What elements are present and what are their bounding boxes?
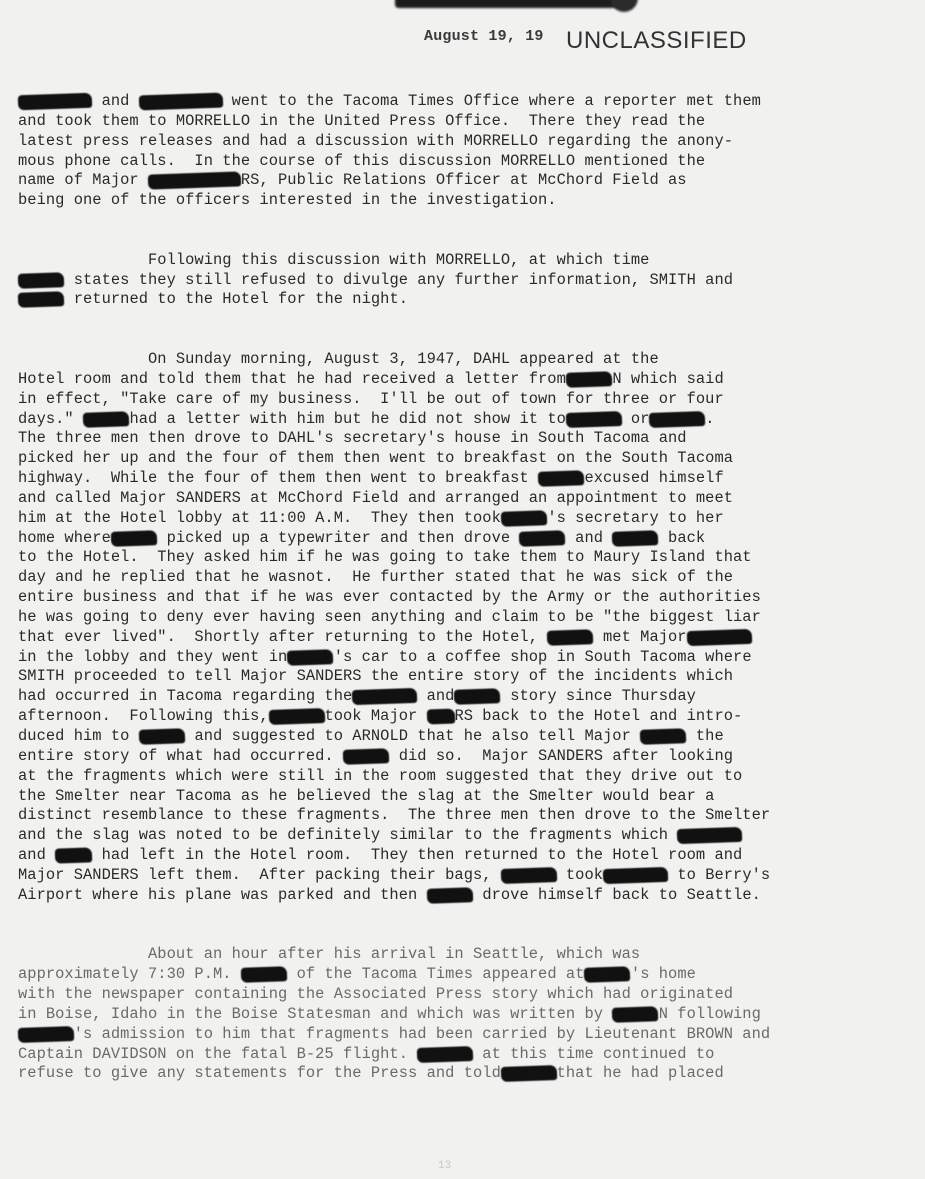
redaction-mark: XXXXXXX [686,629,751,646]
text-line: The three men then drove to DAHL's secre… [18,429,918,449]
text-line: days." XXXXXhad a letter with him but he… [18,410,918,430]
text-line: Captain DAVIDSON on the fatal B-25 fligh… [18,1045,918,1065]
redaction-mark: XXXXXXXX [18,93,93,111]
text-line: XXXXX returned to the Hotel for the nigh… [18,290,918,310]
text-line: in effect, "Take care of my business. I'… [18,390,918,410]
text-line: distinct resemblance to these fragments.… [18,806,918,826]
text-line: that ever lived". Shortly after returnin… [18,628,918,648]
redaction-mark: XXXXX [584,966,631,983]
document-body: XXXXXXXX and XXXXXXXXX went to the Tacom… [18,92,918,1084]
text-line: the Smelter near Tacoma as he believed t… [18,787,918,807]
redaction-mark: XXXXXXX [603,867,668,884]
text-line: day and he replied that he wasnot. He fu… [18,568,918,588]
text-line: and called Major SANDERS at McChord Fiel… [18,489,918,509]
text-line: Airport where his plane was parked and t… [18,886,918,906]
redaction-mark: XXXXXX [417,1046,473,1063]
redaction-mark: XXXXXXX [677,827,742,844]
text-line: On Sunday morning, August 3, 1947, DAHL … [18,350,918,370]
text-line: SMITH proceeded to tell Major SANDERS th… [18,667,918,687]
text-line: highway. While the four of them then wen… [18,469,918,489]
text-line: in Boise, Idaho in the Boise Statesman a… [18,1005,918,1025]
text-line: and took them to MORRELLO in the United … [18,112,918,132]
document-date: August 19, 19 [424,28,544,45]
redaction-mark: XXXXXX [566,411,622,428]
redaction-mark: XXXXXX [649,411,705,428]
redaction-mark: XXXXX [566,371,613,388]
paragraph: On Sunday morning, August 3, 1947, DAHL … [18,350,918,906]
text-line: About an hour after his arrival in Seatt… [18,945,918,965]
top-redaction-mark-tail [610,0,638,12]
redaction-mark: XXXXX [287,649,334,666]
text-line: entire business and that if he was ever … [18,588,918,608]
text-line: picked her up and the four of them then … [18,449,918,469]
redaction-mark: XXXXX [241,966,288,983]
text-line: refuse to give any statements for the Pr… [18,1064,918,1084]
text-line: XXXXX states they still refused to divul… [18,271,918,291]
redaction-mark: XXXXX [138,728,185,745]
redaction-mark: XXXXX [454,689,501,706]
redaction-mark: XXXXX [547,629,594,646]
redaction-mark: XXXXXXXXX [138,93,222,111]
redaction-mark: XXXXX [538,470,585,487]
redaction-mark: XXXXX [426,887,473,904]
text-line: name of Major XXXXXXXXXXRS, Public Relat… [18,171,918,191]
text-line: and XXXX had left in the Hotel room. The… [18,846,918,866]
paragraph: About an hour after his arrival in Seatt… [18,945,918,1084]
text-line: mous phone calls. In the course of this … [18,152,918,172]
paragraph-gap [18,906,918,946]
text-line: and the slag was noted to be definitely … [18,826,918,846]
text-line: he was going to deny ever having seen an… [18,608,918,628]
text-line: with the newspaper containing the Associ… [18,985,918,1005]
paragraph-gap [18,310,918,350]
redaction-mark: XXXXX [519,530,566,547]
top-redaction-mark [395,0,625,8]
text-line: in the lobby and they went inXXXXX's car… [18,648,918,668]
redaction-mark: XXXXX [612,1006,659,1023]
text-line: XXXXXXXX and XXXXXXXXX went to the Tacom… [18,92,918,112]
text-line: Following this discussion with MORRELLO,… [18,251,918,271]
redaction-mark: XXXXX [343,748,390,765]
redaction-mark: XXX [426,709,454,725]
redaction-mark: XXXXX [18,292,65,309]
paragraph-gap [18,211,918,251]
classification-stamp: UNCLASSIFIED [566,27,747,55]
redaction-mark: XXXXX [83,411,130,428]
text-line: afternoon. Following this,XXXXXXtook Maj… [18,707,918,727]
redaction-mark: XXXXX [18,272,65,289]
redaction-mark: XXXXXX [268,708,324,725]
text-line: to the Hotel. They asked him if he was g… [18,548,918,568]
text-line: home whereXXXXX picked up a typewriter a… [18,529,918,549]
text-line: Major SANDERS left them. After packing t… [18,866,918,886]
text-line: duced him to XXXXX and suggested to ARNO… [18,727,918,747]
page-number: 13 [438,1160,451,1172]
redaction-mark: XXXX [55,847,93,863]
text-line: being one of the officers interested in … [18,191,918,211]
redaction-mark: XXXXXX [501,1065,557,1082]
redaction-mark: XXXXXXX [352,688,417,705]
text-line: Hotel room and told them that he had rec… [18,370,918,390]
paragraph: Following this discussion with MORRELLO,… [18,251,918,311]
redaction-mark: XXXXXXXXXX [148,172,241,190]
text-line: XXXXXX's admission to him that fragments… [18,1025,918,1045]
text-line: approximately 7:30 P.M. XXXXX of the Tac… [18,965,918,985]
redaction-mark: XXXXXX [18,1026,74,1043]
redaction-mark: XXXXX [501,510,548,527]
text-line: had occurred in Tacoma regarding theXXXX… [18,687,918,707]
text-line: entire story of what had occurred. XXXXX… [18,747,918,767]
paragraph: XXXXXXXX and XXXXXXXXX went to the Tacom… [18,92,918,211]
text-line: him at the Hotel lobby at 11:00 A.M. The… [18,509,918,529]
redaction-mark: XXXXX [111,530,158,547]
text-line: at the fragments which were still in the… [18,767,918,787]
redaction-mark: XXXXXX [501,867,557,884]
redaction-mark: XXXXX [640,728,687,745]
redaction-mark: XXXXX [612,530,659,547]
text-line: latest press releases and had a discussi… [18,132,918,152]
